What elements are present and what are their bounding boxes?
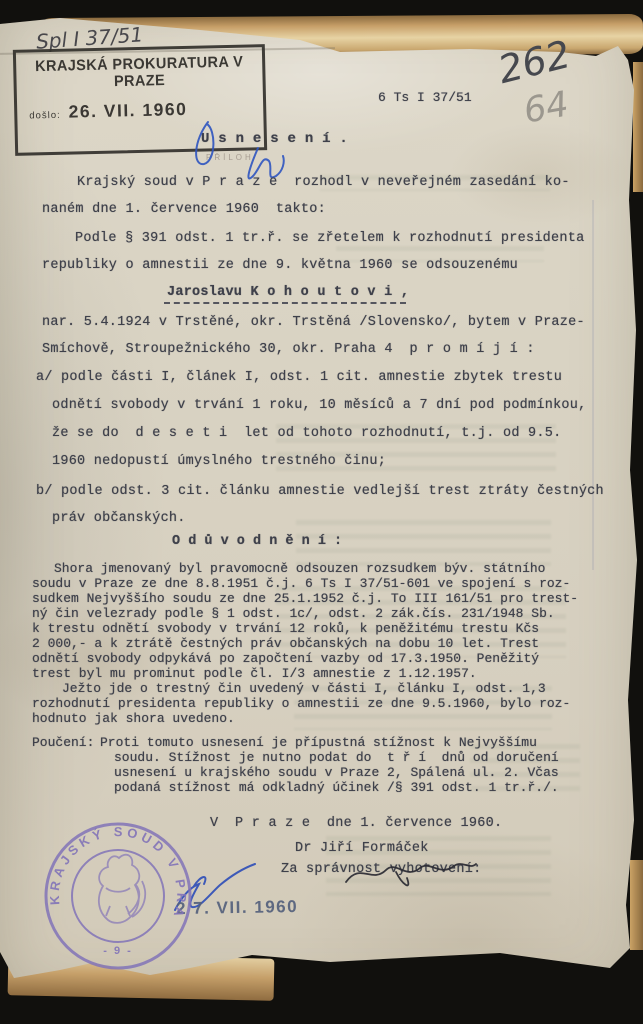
body-line: 2 000,- a k ztrátě čestných práv občansk… [32,636,539,651]
advice-label: Poučení: [32,735,94,750]
body-line: odnětí svobody v trvání 1 roku, 10 měsíc… [52,398,586,413]
scanned-court-document: { "annotations": { "handwritten_ref": "S… [0,0,643,1024]
body-line: soudu. Stížnost je nutno podat do t ř í … [114,750,559,765]
body-line: nar. 5.4.1924 v Trstěné, okr. Trstěná /S… [42,315,585,330]
paper-crease-right [592,200,594,570]
body-line: ný čin velezrady podle § 1 odst. 1c/, od… [32,606,555,621]
body-line: rozhodnutí presidenta republiky o amnest… [32,696,570,711]
body-line: soudu v Praze ze dne 8.8.1951 č.j. 6 Ts … [32,576,570,591]
body-line: usnesení u krajského soudu v Praze 2, Sp… [114,765,559,780]
body-line: b/ podle odst. 3 cit. článku amnestie ve… [36,484,604,499]
place-and-date: V P r a z e dne 1. července 1960. [210,816,502,831]
reasoning-heading: O d ů v o d n ě n í : [172,534,342,549]
body-line: podaná stížnost má odkladný účinek /§ 39… [114,780,559,795]
handwritten-page-number-pencil: 64 [521,84,572,131]
stamp-received-label: došlo: [29,110,61,122]
body-line: naném dne 1. července 1960 takto: [42,202,326,217]
body-line: práv občanských. [52,511,186,526]
stamp-office-name: KRAJSKÁ PROKURATURA V PRAZE [16,53,263,92]
body-line: a/ podle části I, článek I, odst. 1 cit.… [36,370,562,385]
body-line: k trestu odnětí svobody v trvání 12 roků… [32,621,539,636]
court-seal-number: - 9 - [103,945,133,957]
body-line: 1960 nedopustí úmyslného trestného činu; [52,454,386,469]
body-line: hodnuto jak shora uvedeno. [32,711,235,726]
stamp-received-date: 26. VII. 1960 [68,99,187,123]
file-number: 6 Ts I 37/51 [378,90,472,105]
body-line: Smíchově, Stroupežnického 30, okr. Praha… [42,342,535,357]
body-line: Shora jmenovaný byl pravomocně odsouzen … [54,561,545,576]
body-line: republiky o amnestii ze dne 9. května 19… [42,258,518,273]
body-line: Krajský soud v P r a z e rozhodl v neveř… [77,175,570,190]
body-line: sudkem Nejvyššího soudu ze dne 25.1.1952… [32,591,578,606]
handwritten-signature [338,850,483,896]
name-underline [164,288,406,304]
body-line: že se do d e s e t i let od tohoto rozho… [52,426,561,441]
folder-edge-right-lower [630,860,643,950]
body-line: Ježto jde o trestný čin uvedený v části … [62,681,546,696]
folder-edge-right [633,62,643,192]
body-line: Podle § 391 odst. 1 tr.ř. se zřetelem k … [75,231,584,246]
body-line: odnětí svobody odpykává po započtení vaz… [32,651,539,666]
court-round-seal: KRAJSKÝ SOUD V PRAZE - 9 - [40,818,196,974]
body-line: Proti tomuto usnesení je přípustná stížn… [100,735,537,750]
body-line: trest byl mu prominut podle čl. I/3 amne… [32,666,477,681]
